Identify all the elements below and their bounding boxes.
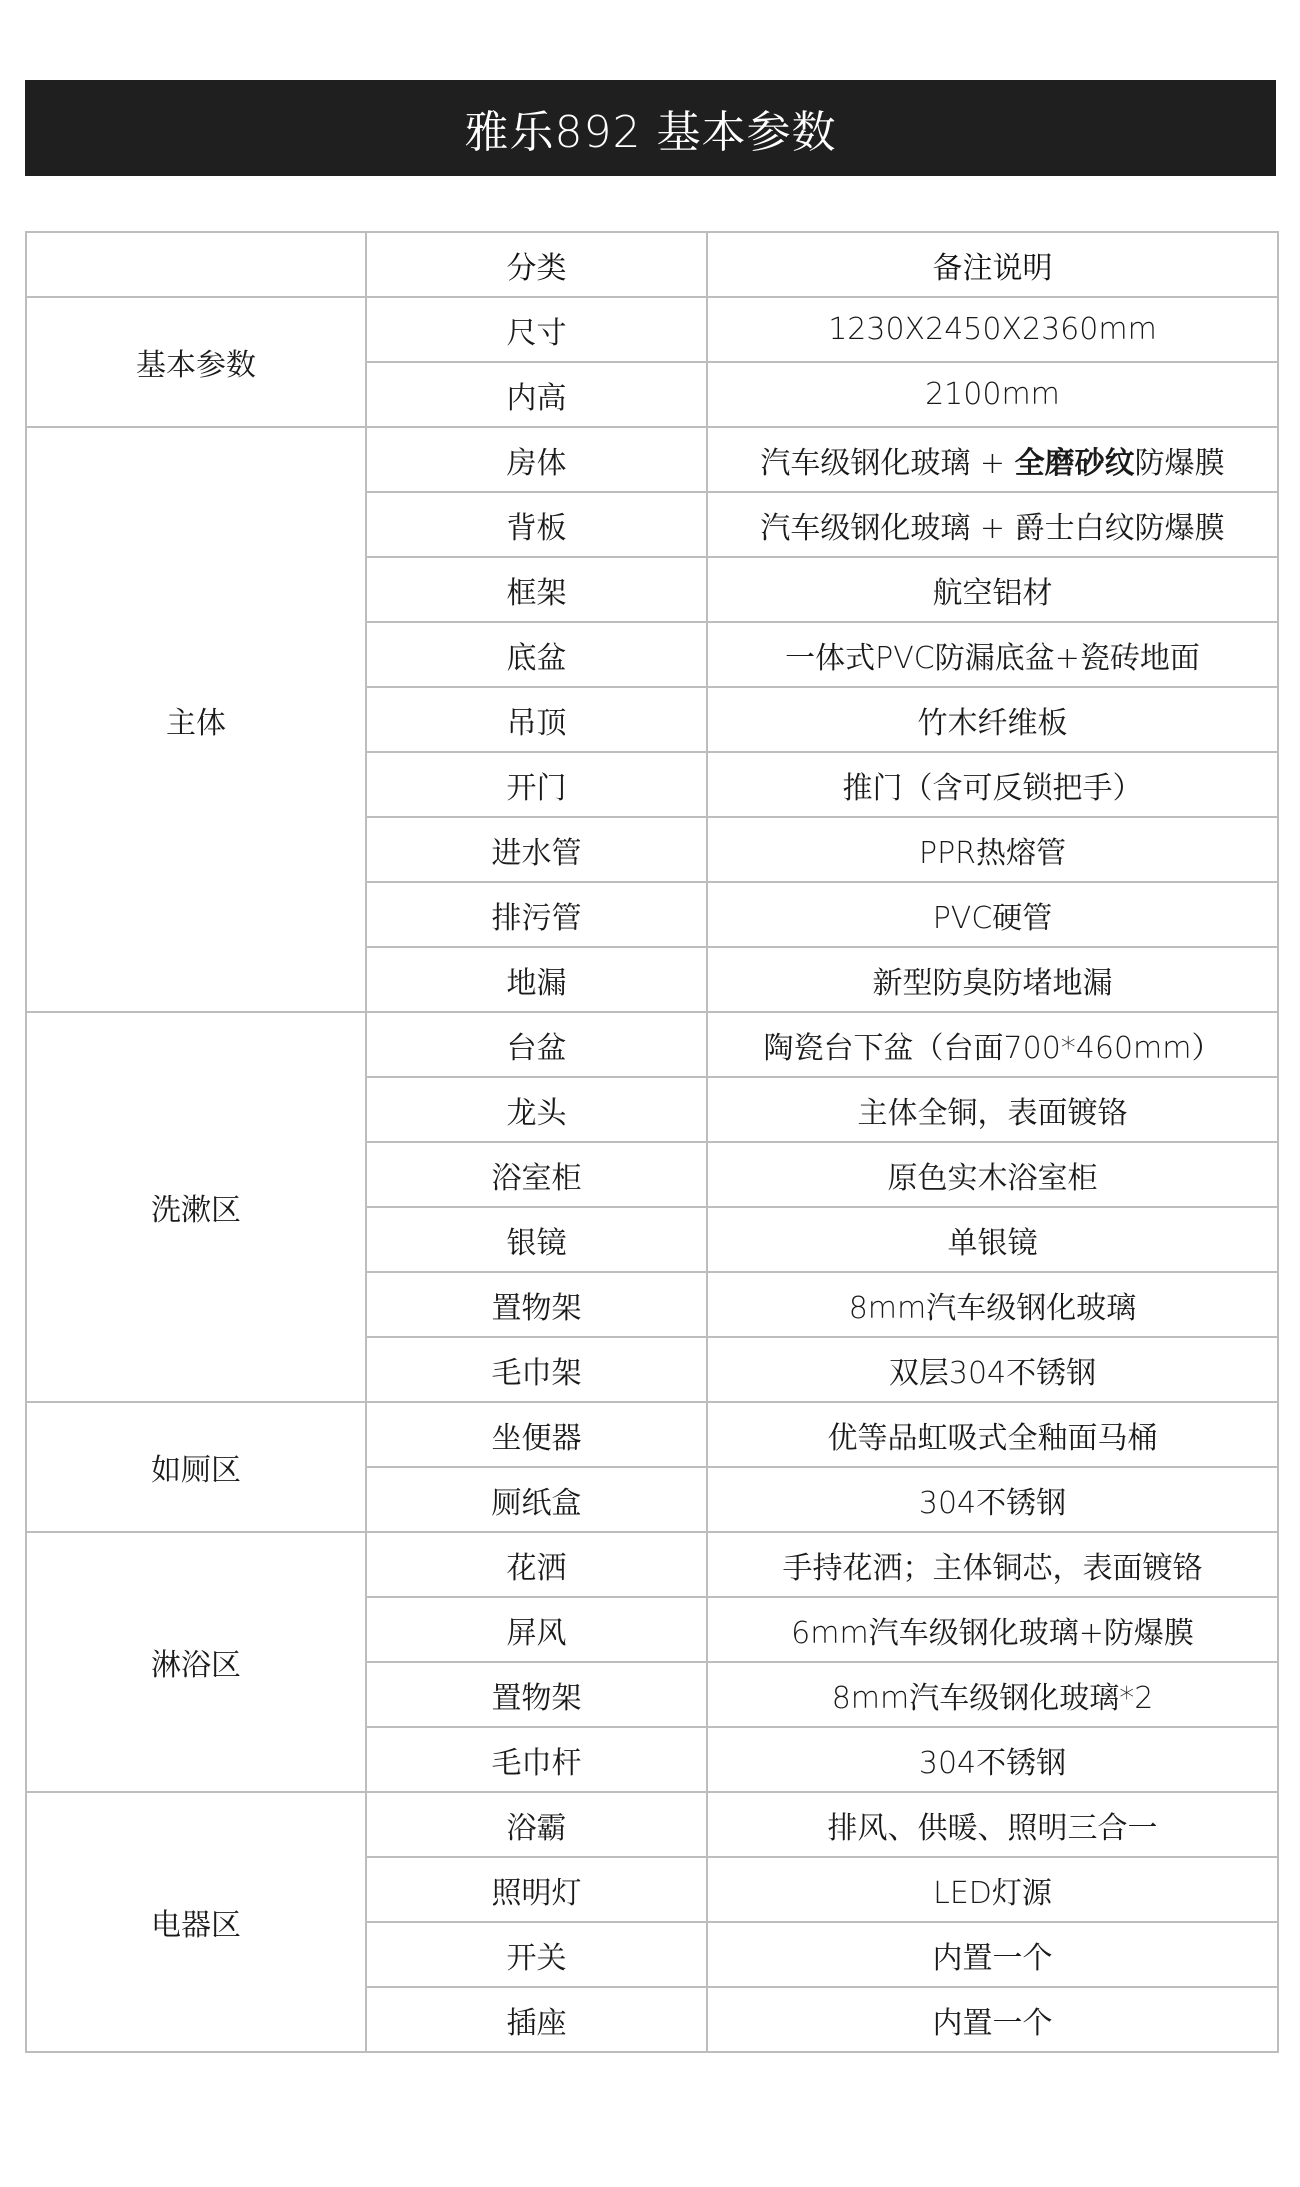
group-label: 淋浴区: [26, 1532, 366, 1792]
item-cell: 开关: [366, 1922, 707, 1987]
item-cell: 插座: [366, 1987, 707, 2052]
item-cell: 地漏: [366, 947, 707, 1012]
header-notes: 备注说明: [707, 232, 1278, 297]
note-cell: 陶瓷台下盆（台面700*460mm）: [707, 1012, 1278, 1077]
item-cell: 背板: [366, 492, 707, 557]
table-row: 电器区浴霸排风、供暖、照明三合一: [26, 1792, 1278, 1857]
table-row: 如厕区坐便器优等品虹吸式全釉面马桶: [26, 1402, 1278, 1467]
note-cell: 优等品虹吸式全釉面马桶: [707, 1402, 1278, 1467]
table-body: 基本参数尺寸1230X2450X2360mm内高2100mm主体房体汽车级钢化玻…: [26, 297, 1278, 2052]
note-cell: PPR热熔管: [707, 817, 1278, 882]
table-header-row: 分类 备注说明: [26, 232, 1278, 297]
table-row: 主体房体汽车级钢化玻璃 + 全磨砂纹防爆膜: [26, 427, 1278, 492]
note-cell: 推门（含可反锁把手）: [707, 752, 1278, 817]
group-label: 主体: [26, 427, 366, 1012]
item-cell: 内高: [366, 362, 707, 427]
note-cell: 汽车级钢化玻璃 + 全磨砂纹防爆膜: [707, 427, 1278, 492]
item-cell: 坐便器: [366, 1402, 707, 1467]
note-cell: 6mm汽车级钢化玻璃+防爆膜: [707, 1597, 1278, 1662]
item-cell: 底盆: [366, 622, 707, 687]
item-cell: 照明灯: [366, 1857, 707, 1922]
group-label: 电器区: [26, 1792, 366, 2052]
item-cell: 排污管: [366, 882, 707, 947]
item-cell: 浴霸: [366, 1792, 707, 1857]
note-cell: 1230X2450X2360mm: [707, 297, 1278, 362]
group-label: 基本参数: [26, 297, 366, 427]
item-cell: 进水管: [366, 817, 707, 882]
item-cell: 毛巾杆: [366, 1727, 707, 1792]
item-cell: 浴室柜: [366, 1142, 707, 1207]
note-cell: 排风、供暖、照明三合一: [707, 1792, 1278, 1857]
item-cell: 花洒: [366, 1532, 707, 1597]
note-cell: 8mm汽车级钢化玻璃: [707, 1272, 1278, 1337]
note-cell: 航空铝材: [707, 557, 1278, 622]
note-cell: 双层304不锈钢: [707, 1337, 1278, 1402]
note-cell: 304不锈钢: [707, 1727, 1278, 1792]
table-row: 基本参数尺寸1230X2450X2360mm: [26, 297, 1278, 362]
note-cell: 原色实木浴室柜: [707, 1142, 1278, 1207]
item-cell: 台盆: [366, 1012, 707, 1077]
header-group: [26, 232, 366, 297]
title-banner: 雅乐892 基本参数: [25, 80, 1276, 176]
header-category: 分类: [366, 232, 707, 297]
item-cell: 开门: [366, 752, 707, 817]
note-text: 防爆膜: [1135, 446, 1225, 481]
table-row: 洗漱区台盆陶瓷台下盆（台面700*460mm）: [26, 1012, 1278, 1077]
item-cell: 尺寸: [366, 297, 707, 362]
note-cell: 8mm汽车级钢化玻璃*2: [707, 1662, 1278, 1727]
note-cell: 内置一个: [707, 1922, 1278, 1987]
page-title: 雅乐892 基本参数: [465, 96, 837, 160]
note-cell: 竹木纤维板: [707, 687, 1278, 752]
note-cell: 304不锈钢: [707, 1467, 1278, 1532]
group-label: 洗漱区: [26, 1012, 366, 1402]
item-cell: 毛巾架: [366, 1337, 707, 1402]
note-text: 汽车级钢化玻璃 +: [760, 446, 1014, 481]
item-cell: 银镜: [366, 1207, 707, 1272]
item-cell: 吊顶: [366, 687, 707, 752]
note-cell: 一体式PVC防漏底盆+瓷砖地面: [707, 622, 1278, 687]
note-emphasis: 全磨砂纹: [1015, 446, 1135, 481]
note-cell: 单银镜: [707, 1207, 1278, 1272]
group-label: 如厕区: [26, 1402, 366, 1532]
item-cell: 屏风: [366, 1597, 707, 1662]
note-cell: 内置一个: [707, 1987, 1278, 2052]
item-cell: 框架: [366, 557, 707, 622]
item-cell: 龙头: [366, 1077, 707, 1142]
note-cell: 主体全铜，表面镀铬: [707, 1077, 1278, 1142]
item-cell: 置物架: [366, 1662, 707, 1727]
table-row: 淋浴区花洒手持花洒；主体铜芯，表面镀铬: [26, 1532, 1278, 1597]
note-cell: 新型防臭防堵地漏: [707, 947, 1278, 1012]
note-cell: PVC硬管: [707, 882, 1278, 947]
item-cell: 置物架: [366, 1272, 707, 1337]
spec-table: 分类 备注说明 基本参数尺寸1230X2450X2360mm内高2100mm主体…: [25, 231, 1279, 2053]
note-cell: 汽车级钢化玻璃 + 爵士白纹防爆膜: [707, 492, 1278, 557]
note-cell: LED灯源: [707, 1857, 1278, 1922]
item-cell: 厕纸盒: [366, 1467, 707, 1532]
item-cell: 房体: [366, 427, 707, 492]
note-cell: 2100mm: [707, 362, 1278, 427]
note-cell: 手持花洒；主体铜芯，表面镀铬: [707, 1532, 1278, 1597]
